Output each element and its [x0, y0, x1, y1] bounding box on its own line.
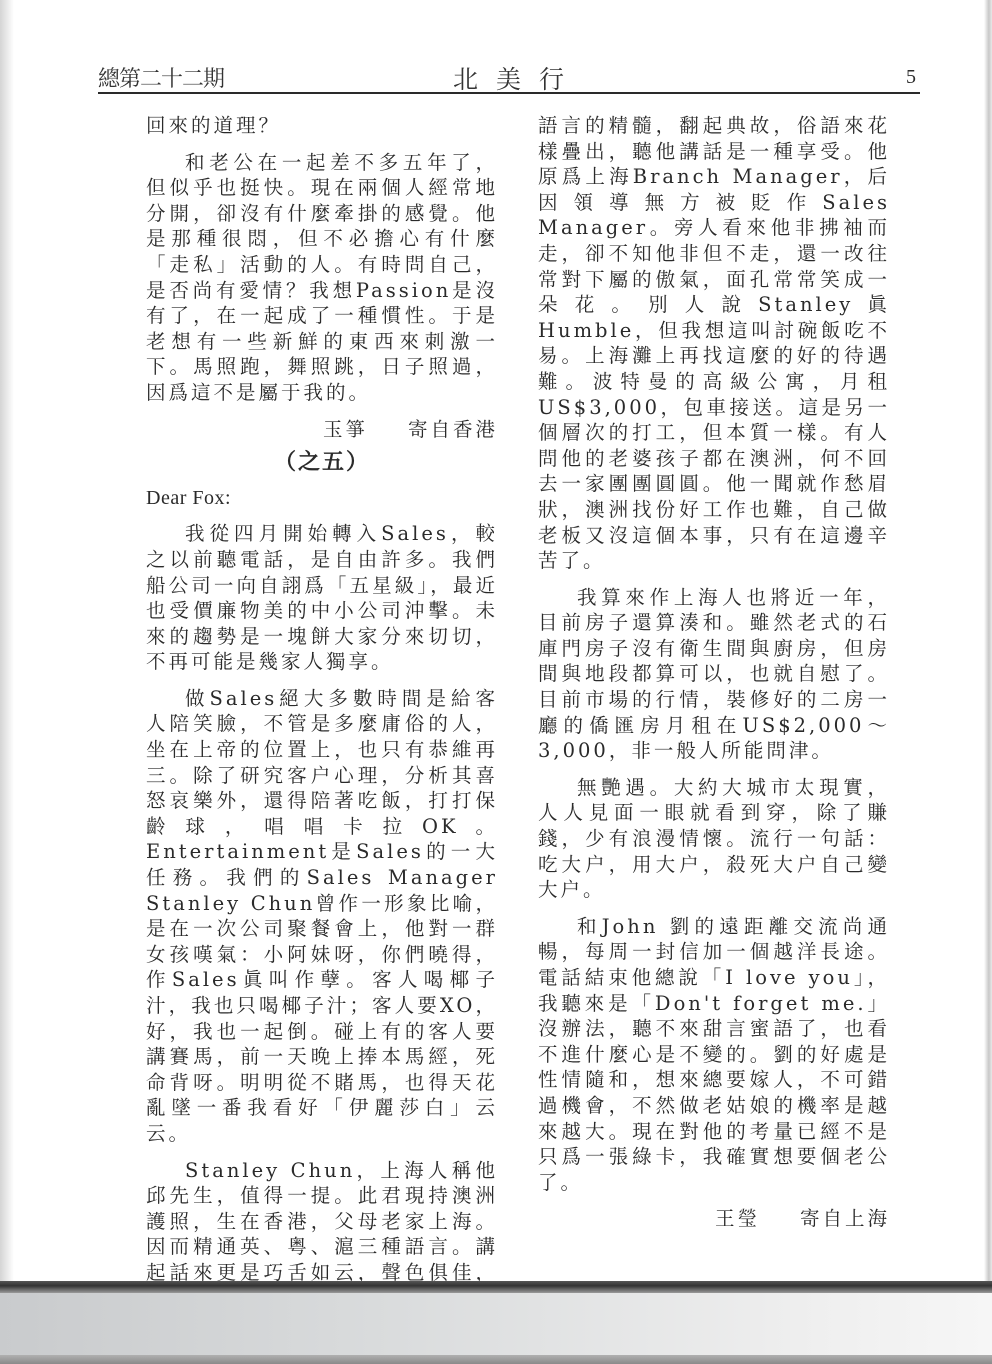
- page-number: 5: [906, 66, 916, 89]
- scan-left-edge: [0, 0, 14, 1290]
- paragraph: 和老公在一起差不多五年了，但似乎也挺快。現在兩個人經常地分開，卻沒有什麼牽掛的感…: [146, 150, 498, 406]
- section-title: （之五）: [146, 450, 498, 476]
- paragraph: 語言的精髓，翻起典故，俗語來花樣疊出，聽他講話是一種享受。他原爲上海Branch…: [538, 113, 890, 574]
- signature: 王瑩寄自上海: [538, 1206, 890, 1232]
- paragraph: 我算來作上海人也將近一年，目前房子還算湊和。雖然老式的石庫門房子沒有衛生間與廚房…: [538, 585, 890, 764]
- scanner-bed: [0, 1293, 992, 1364]
- magazine-title: 北美行: [453, 60, 582, 96]
- left-column: 回來的道理？ 和老公在一起差不多五年了，但似乎也挺快。現在兩個人經常地分開，卻沒…: [146, 113, 498, 1322]
- salutation: Dear Fox:: [146, 486, 498, 512]
- paragraph: 回來的道理？: [146, 113, 498, 139]
- signature: 玉箏寄自香港: [146, 417, 498, 443]
- paragraph: 我從四月開始轉入Sales，較之以前聽電話，是自由許多。我們船公司一向自詡爲「五…: [146, 521, 498, 675]
- author-location: 寄自上海: [800, 1207, 890, 1230]
- author-location: 寄自香港: [408, 418, 498, 441]
- scan-bottom-shadow: [0, 1281, 992, 1293]
- author-name: 王瑩: [715, 1207, 760, 1230]
- author-name: 玉箏: [323, 418, 368, 441]
- right-column: 語言的精髓，翻起典故，俗語來花樣疊出，聽他講話是一種享受。他原爲上海Branch…: [538, 113, 890, 1240]
- paragraph: 做Sales絕大多數時間是給客人陪笑臉，不管是多麼庸俗的人，坐在上帝的位置上，也…: [146, 686, 498, 1147]
- paragraph: 和John 劉的遠距離交流尚通暢，每周一封信加一個越洋長途。電話結束他總說「I …: [538, 914, 890, 1196]
- scan-right-edge: [984, 0, 992, 1290]
- issue-number: 總第二十二期: [98, 62, 224, 93]
- paragraph: 無艷遇。大約大城市太現實，人人見面一眼就看到穿，除了賺錢，少有浪漫情懷。流行一句…: [538, 775, 890, 903]
- page-header: 總第二十二期 北美行 5: [98, 60, 920, 94]
